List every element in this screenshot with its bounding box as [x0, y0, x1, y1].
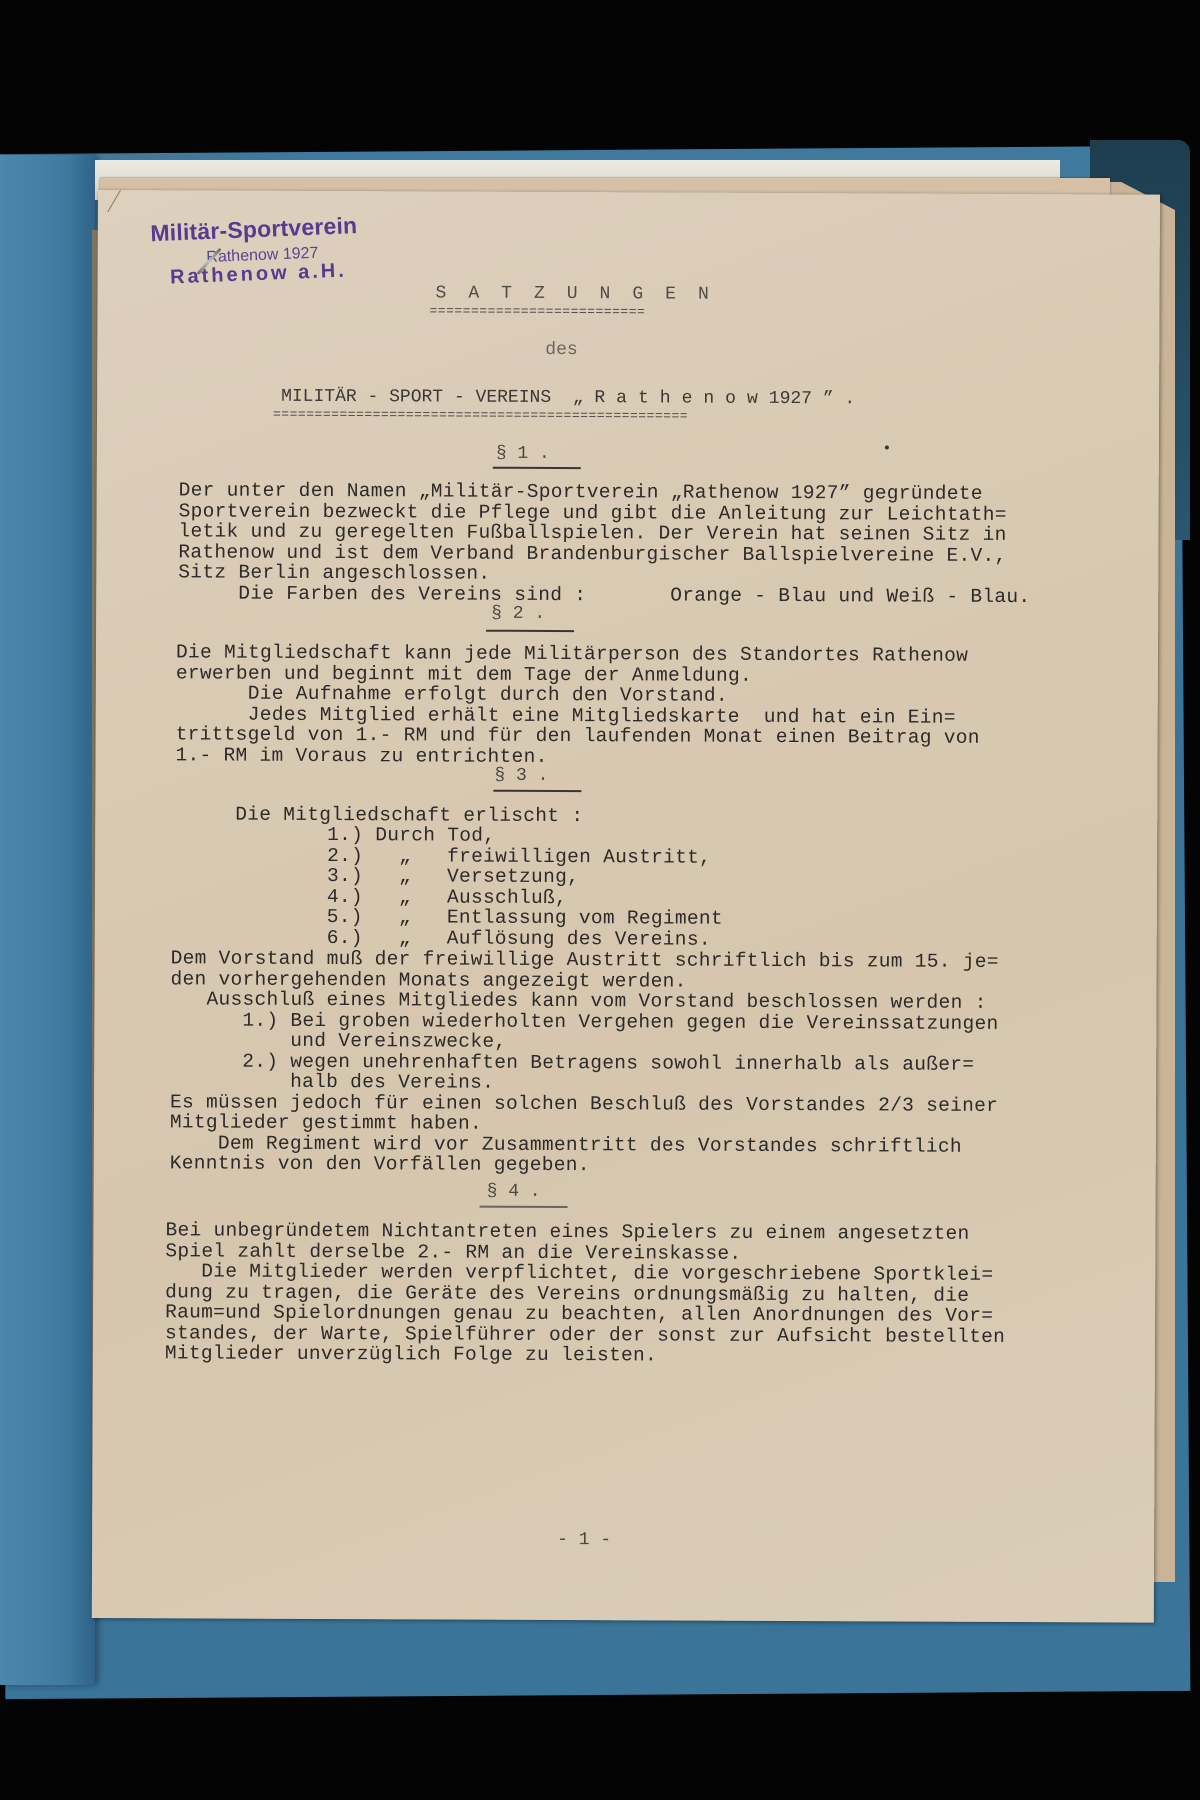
list-item: 6.) „ Auflösung des Vereins.: [327, 928, 723, 950]
list-item: 5.) „ Entlassung vom Regiment: [327, 907, 723, 929]
heading-double-rule: ==========================: [429, 303, 797, 320]
folder-flap: [0, 155, 95, 1685]
club-title-prefix: MILITÄR - SPORT - VEREINS: [281, 387, 551, 408]
club-title-quote: „: [573, 388, 584, 408]
list-item: 3.) „ Versetzung,: [327, 866, 723, 888]
club-title-suffix: 1927 ” .: [769, 389, 856, 409]
list-item: 1.) Durch Tod,: [327, 825, 723, 847]
section-2-heading: § 2 .: [458, 604, 578, 625]
section-2-rule: [486, 630, 574, 632]
section-1-rule: [493, 467, 581, 469]
section-3-list: 1.) Durch Tod,2.) „ freiwilligen Austrit…: [327, 825, 724, 950]
page-number: - 1 -: [557, 1530, 611, 1550]
section-3-body: Dem Vorstand muß der freiwillige Austrit…: [170, 948, 999, 1177]
section-4-rule: [480, 1206, 568, 1208]
photo-scene: Militär-Sportverein Rathenow 1927 Rathen…: [0, 0, 1200, 1800]
document-heading: SATZUNGEN: [436, 283, 731, 304]
text-line: Kenntnis von den Vorfällen gegeben.: [170, 1153, 998, 1177]
document-subheading: des: [545, 340, 577, 360]
section-2-body: Die Mitgliedschaft kann jede Militärpers…: [175, 642, 980, 769]
text-line: Die Farben des Vereins sind : Orange - B…: [178, 583, 1030, 607]
club-title-double-rule: ========================================…: [273, 407, 989, 425]
stamp-club-name: Militär-Sportverein: [150, 212, 358, 247]
section-3-heading: § 3 .: [461, 766, 581, 787]
club-title: MILITÄR - SPORT - VEREINS „ Rathenow1927…: [281, 387, 855, 410]
section-4-heading: § 4 .: [454, 1182, 574, 1203]
club-stamp: Militär-Sportverein Rathenow 1927 Rathen…: [150, 212, 360, 290]
section-1-body: Der unter den Namen „Militär-Sportverein…: [178, 480, 1031, 607]
section-4-body: Bei unbegründetem Nichtantreten eines Sp…: [165, 1220, 1006, 1367]
section-1-heading: § 1 .: [463, 444, 583, 465]
ink-dot: [885, 445, 889, 449]
club-title-name: Rathenow: [594, 388, 769, 409]
document-page: Militär-Sportverein Rathenow 1927 Rathen…: [92, 190, 1160, 1623]
section-3-rule: [493, 790, 581, 792]
